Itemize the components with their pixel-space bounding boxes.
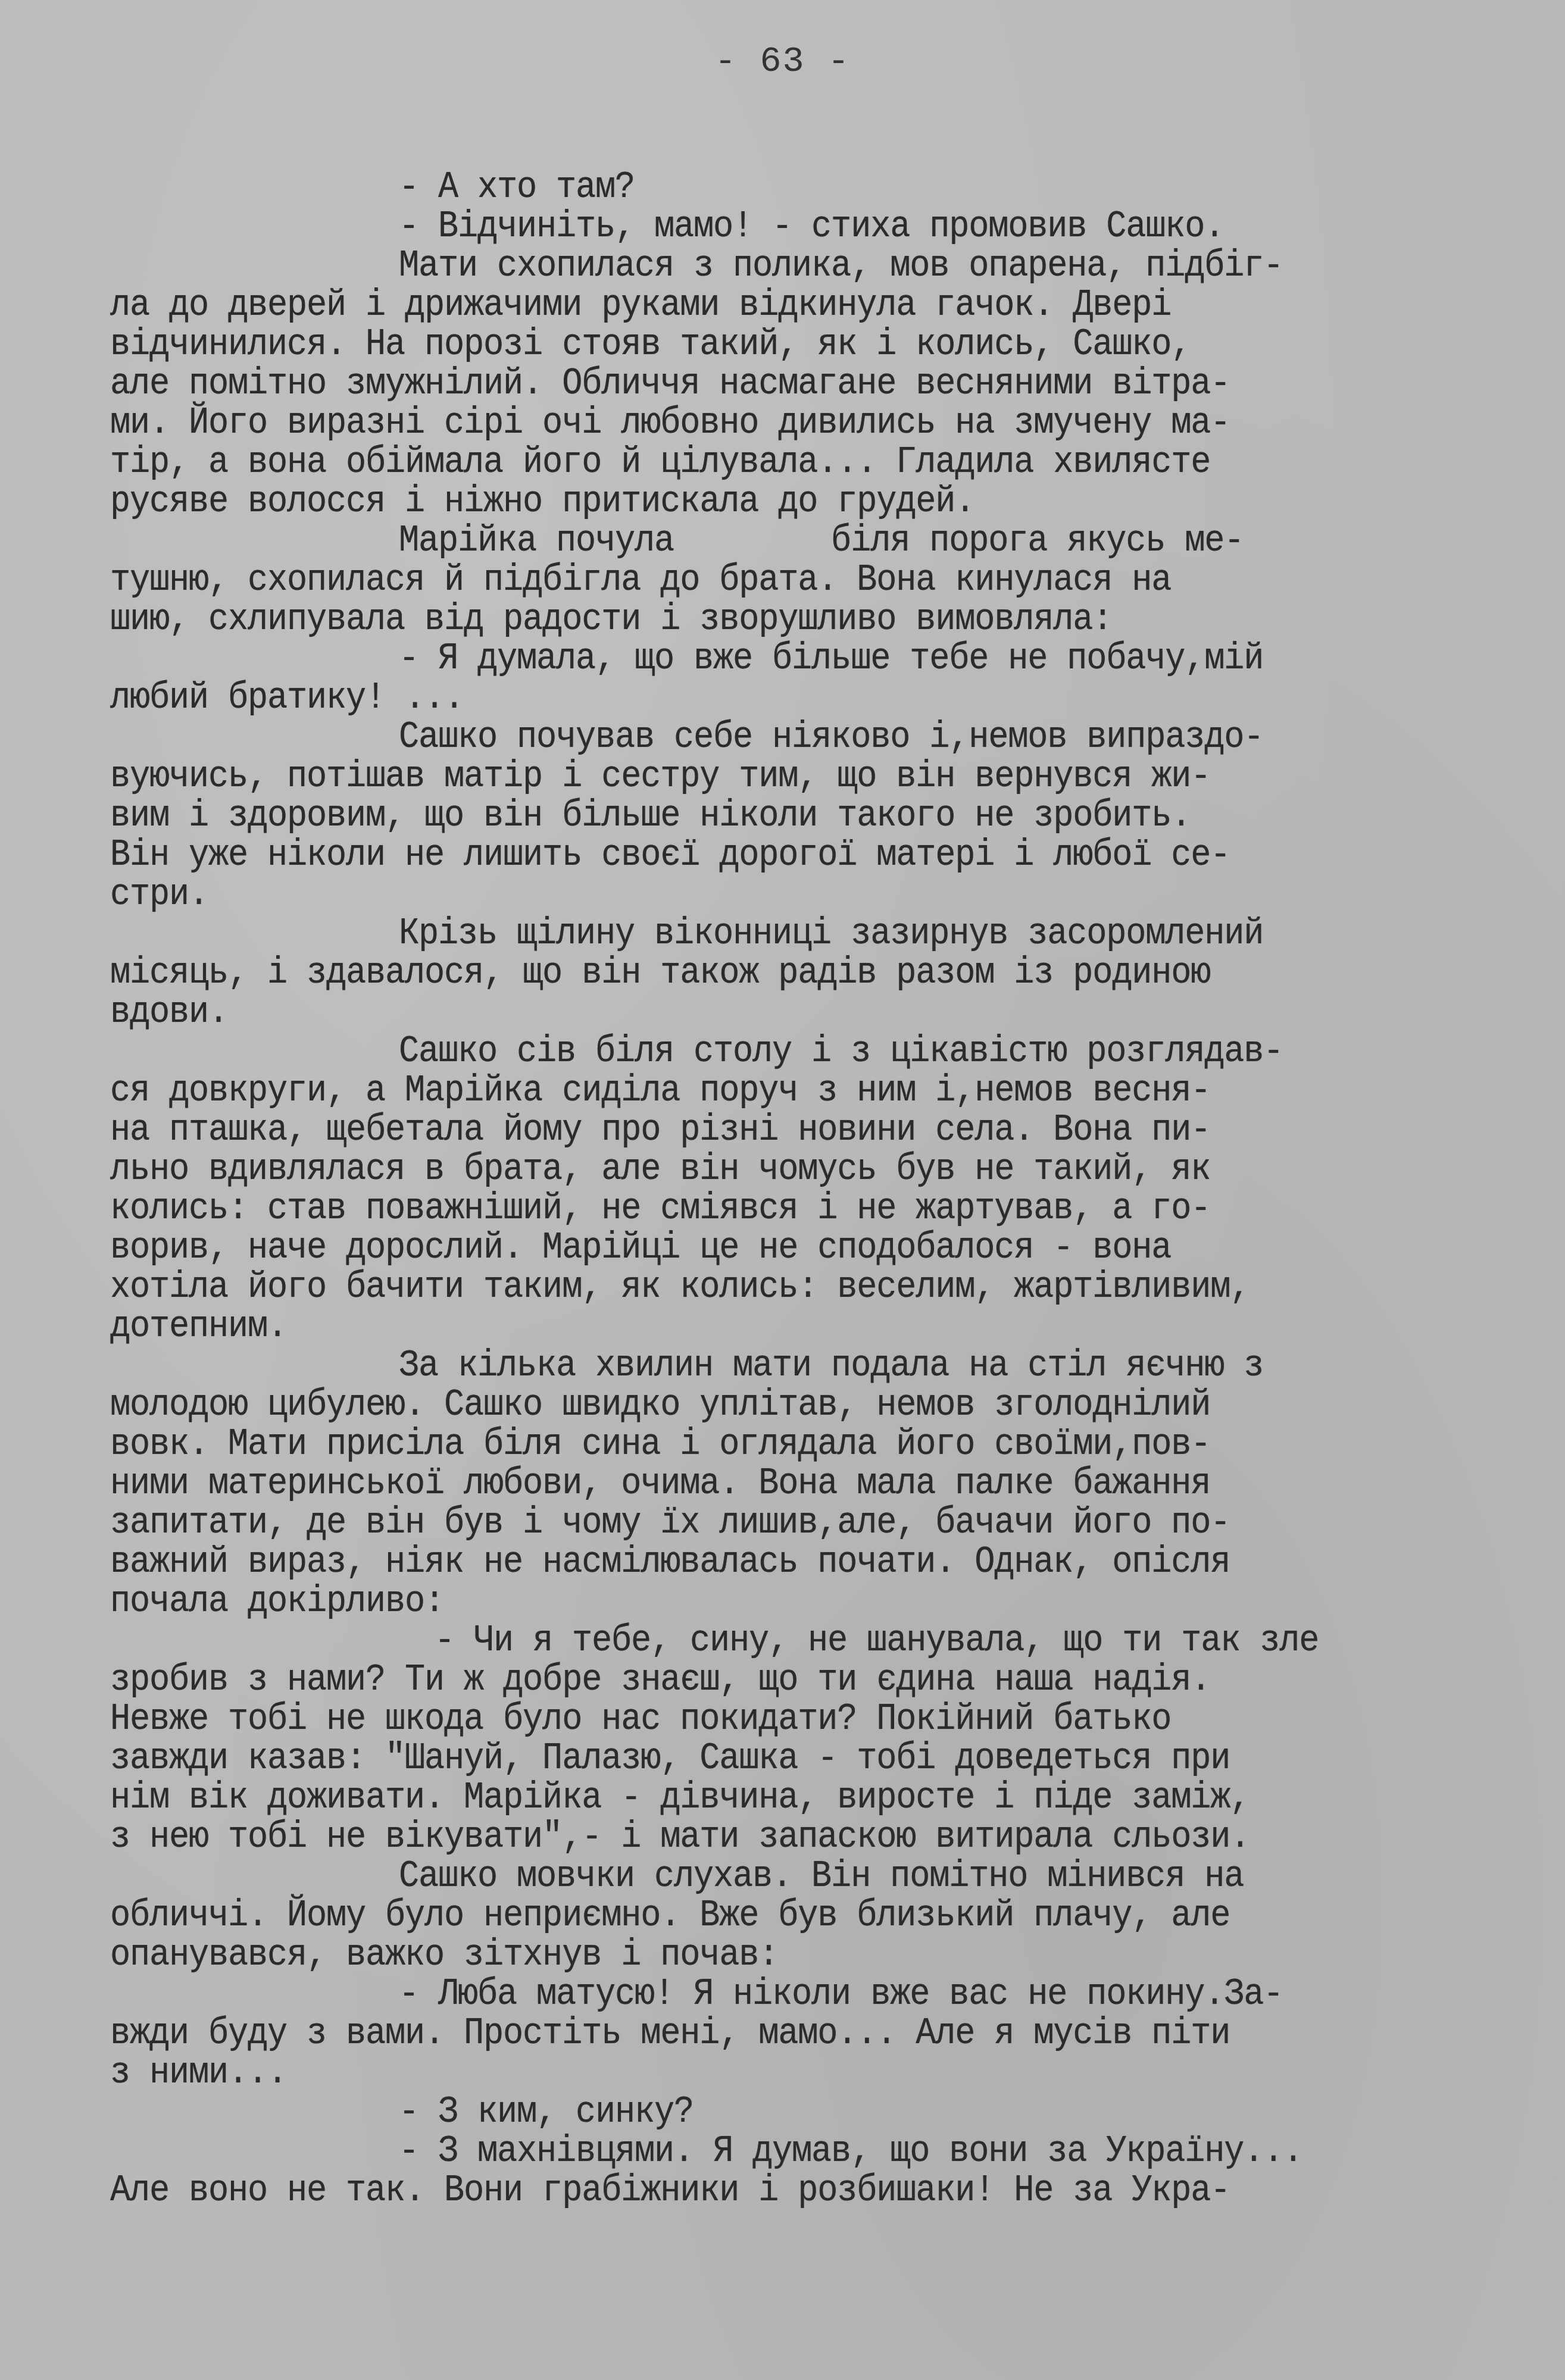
text-line: - Чи я тебе, сину, не шанувала, що ти та… (110, 1619, 1521, 1663)
text-line: місяць, і здавалося, що він також радів … (110, 951, 1521, 995)
text-line: - А хто там? (110, 165, 1521, 209)
text-line: ми. Його виразні сірі очі любовно дивили… (110, 401, 1521, 445)
text-line: вдови. (110, 990, 1521, 1034)
text-line: - Відчиніть, мамо! - стиха промовив Сашк… (110, 205, 1521, 249)
text-line: вовк. Мати присіла біля сина і оглядала … (110, 1422, 1521, 1466)
text-line: нім вік доживати. Марійка - дівчина, вир… (110, 1776, 1521, 1820)
text-line: опанувався, важко зітхнув і почав: (110, 1933, 1521, 1977)
text-line: - Люба матусю! Я ніколи вже вас не покин… (110, 1972, 1521, 2016)
text-line: Але воно не так. Вони грабіжники і розби… (110, 2169, 1521, 2213)
text-line: з нею тобі не вікувати",- і мати запаско… (110, 1815, 1521, 1859)
text-line: хотіла його бачити таким, як колись: вес… (110, 1265, 1521, 1309)
text-line: ворив, наче дорослий. Марійці це не спод… (110, 1226, 1521, 1270)
text-line: почала докірливо: (110, 1580, 1521, 1624)
text-line: але помітно змужнілий. Обличчя насмагане… (110, 362, 1521, 406)
text-line: Марійка почула біля порога якусь ме- (110, 519, 1521, 563)
text-line: вуючись, потішав матір і сестру тим, що … (110, 755, 1521, 799)
text-line: вжди буду з вами. Простіть мені, мамо...… (110, 2012, 1521, 2056)
text-line: - З ким, синку? (110, 2090, 1521, 2134)
text-line: Сашко почував себе ніяково і,немов випра… (110, 715, 1521, 759)
text-line: Невже тобі не шкода було нас покидати? П… (110, 1697, 1521, 1741)
text-line: шию, схлипувала від радости і зворушливо… (110, 598, 1521, 642)
text-line: русяве волосся і ніжно притискала до гру… (110, 480, 1521, 524)
text-line: Він уже ніколи не лишить своєї дорогої м… (110, 833, 1521, 877)
text-line: Мати схопилася з полика, мов опарена, пі… (110, 244, 1521, 288)
text-line: з ними... (110, 2051, 1521, 2095)
text-line: Сашко мовчки слухав. Він помітно мінився… (110, 1854, 1521, 1899)
typewritten-text-body: - А хто там? - Відчиніть, мамо! - стиха … (110, 168, 1521, 2210)
text-line: завжди казав: "Шануй, Палазю, Сашка - то… (110, 1737, 1521, 1781)
text-line: зробив з нами? Ти ж добре знаєш, що ти є… (110, 1658, 1521, 1702)
text-line: льно вдивлялася в брата, але він чомусь … (110, 1147, 1521, 1191)
text-line: колись: став поважніший, не сміявся і не… (110, 1187, 1521, 1231)
text-line: любий братику! ... (110, 676, 1521, 720)
text-line: важний вираз, ніяк не насмілювалась поча… (110, 1540, 1521, 1584)
text-line: - Я думала, що вже більше тебе не побачу… (110, 637, 1521, 681)
text-line: відчинилися. На порозі стояв такий, як і… (110, 323, 1521, 367)
text-line: ла до дверей і дрижачими руками відкинул… (110, 283, 1521, 327)
text-line: на пташка, щебетала йому про різні новин… (110, 1108, 1521, 1152)
text-line: молодою цибулею. Сашко швидко уплітав, н… (110, 1383, 1521, 1427)
text-line: Сашко сів біля столу і з цікавістю розгл… (110, 1030, 1521, 1074)
text-line: дотепним. (110, 1305, 1521, 1349)
page-number: - 63 - (0, 42, 1565, 82)
text-line: За кілька хвилин мати подала на стіл яєч… (110, 1344, 1521, 1388)
text-line: тір, а вона обіймала його й цілувала... … (110, 440, 1521, 484)
text-line: запитати, де він був і чому їх лишив,але… (110, 1501, 1521, 1545)
text-line: тушню, схопилася й підбігла до брата. Во… (110, 558, 1521, 602)
text-line: Крізь щілину віконниці зазирнув засоромл… (110, 912, 1521, 956)
text-line: вим і здоровим, що він більше ніколи так… (110, 794, 1521, 838)
text-line: обличчі. Йому було неприємно. Вже був бл… (110, 1894, 1521, 1938)
text-line: стри. (110, 872, 1521, 917)
text-line: ся довкруги, а Марійка сиділа поруч з ни… (110, 1069, 1521, 1113)
text-line: - З махнівцями. Я думав, що вони за Укра… (110, 2129, 1521, 2173)
text-line: ними материнської любови, очима. Вона ма… (110, 1462, 1521, 1506)
